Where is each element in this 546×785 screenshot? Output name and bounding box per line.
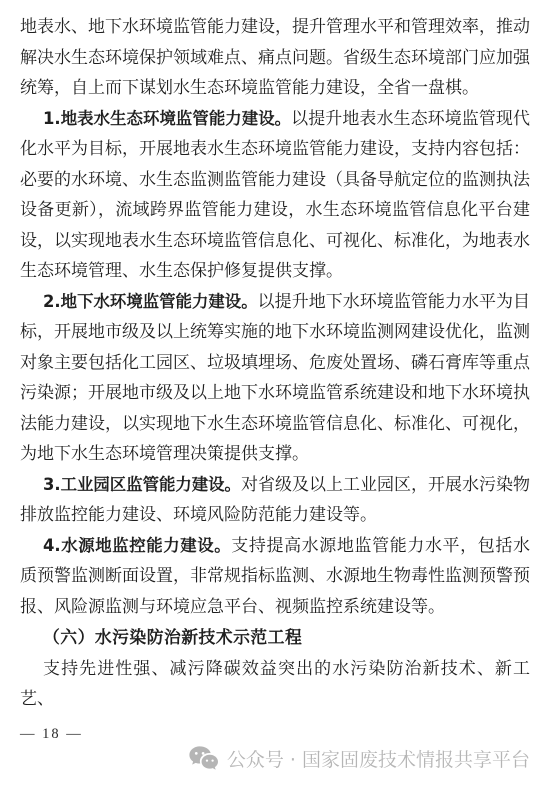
watermark-text: 公众号 · 国家固废技术情报共享平台 <box>227 745 530 772</box>
bold-text-run: 3.工业园区监管能力建设。 <box>43 475 241 494</box>
paragraph: 地表水、地下水环境监管能力建设，提升管理水平和管理效率，推动解决水生态环境保护领… <box>20 12 530 104</box>
text-run: 以提升地表水生态环境监管现代化水平为目标，开展地表水生态环境监管能力建设，支持内… <box>20 109 530 281</box>
bold-text-run: （六）水污染防治新技术示范工程 <box>43 627 302 647</box>
section-heading: （六）水污染防治新技术示范工程 <box>20 622 530 654</box>
paragraph: 2.地下水环境监管能力建设。以提升地下水环境监管能力水平为目标，开展地市级及以上… <box>20 287 530 470</box>
text-run: 支持先进性强、减污降碳效益突出的水污染防治新技术、新工艺、 <box>20 659 530 709</box>
wechat-icon <box>189 746 218 771</box>
bold-text-run: 4.水源地监控能力建设。 <box>43 536 231 555</box>
text-run: 以提升地下水环境监管能力水平为目标，开展地市级及以上统筹实施的地下水环境监测网建… <box>20 292 530 464</box>
document-body: 地表水、地下水环境监管能力建设，提升管理水平和管理效率，推动解决水生态环境保护领… <box>0 0 546 715</box>
bold-text-run: 2.地下水环境监管能力建设。 <box>43 292 258 311</box>
text-run: 地表水、地下水环境监管能力建设，提升管理水平和管理效率，推动解决水生态环境保护领… <box>20 17 530 97</box>
paragraph: 1.地表水生态环境监管能力建设。以提升地表水生态环境监管现代化水平为目标，开展地… <box>20 104 530 287</box>
watermark: 公众号 · 国家固废技术情报共享平台 <box>189 745 530 772</box>
page-number: — 18 — <box>20 726 546 743</box>
paragraph: 4.水源地监控能力建设。支持提高水源地监管能力水平，包括水质预警监测断面设置，非… <box>20 531 530 623</box>
paragraph: 3.工业园区监管能力建设。对省级及以上工业园区，开展水污染物排放监控能力建设、环… <box>20 470 530 531</box>
bold-text-run: 1.地表水生态环境监管能力建设。 <box>43 109 291 128</box>
paragraph: 支持先进性强、减污降碳效益突出的水污染防治新技术、新工艺、 <box>20 654 530 715</box>
